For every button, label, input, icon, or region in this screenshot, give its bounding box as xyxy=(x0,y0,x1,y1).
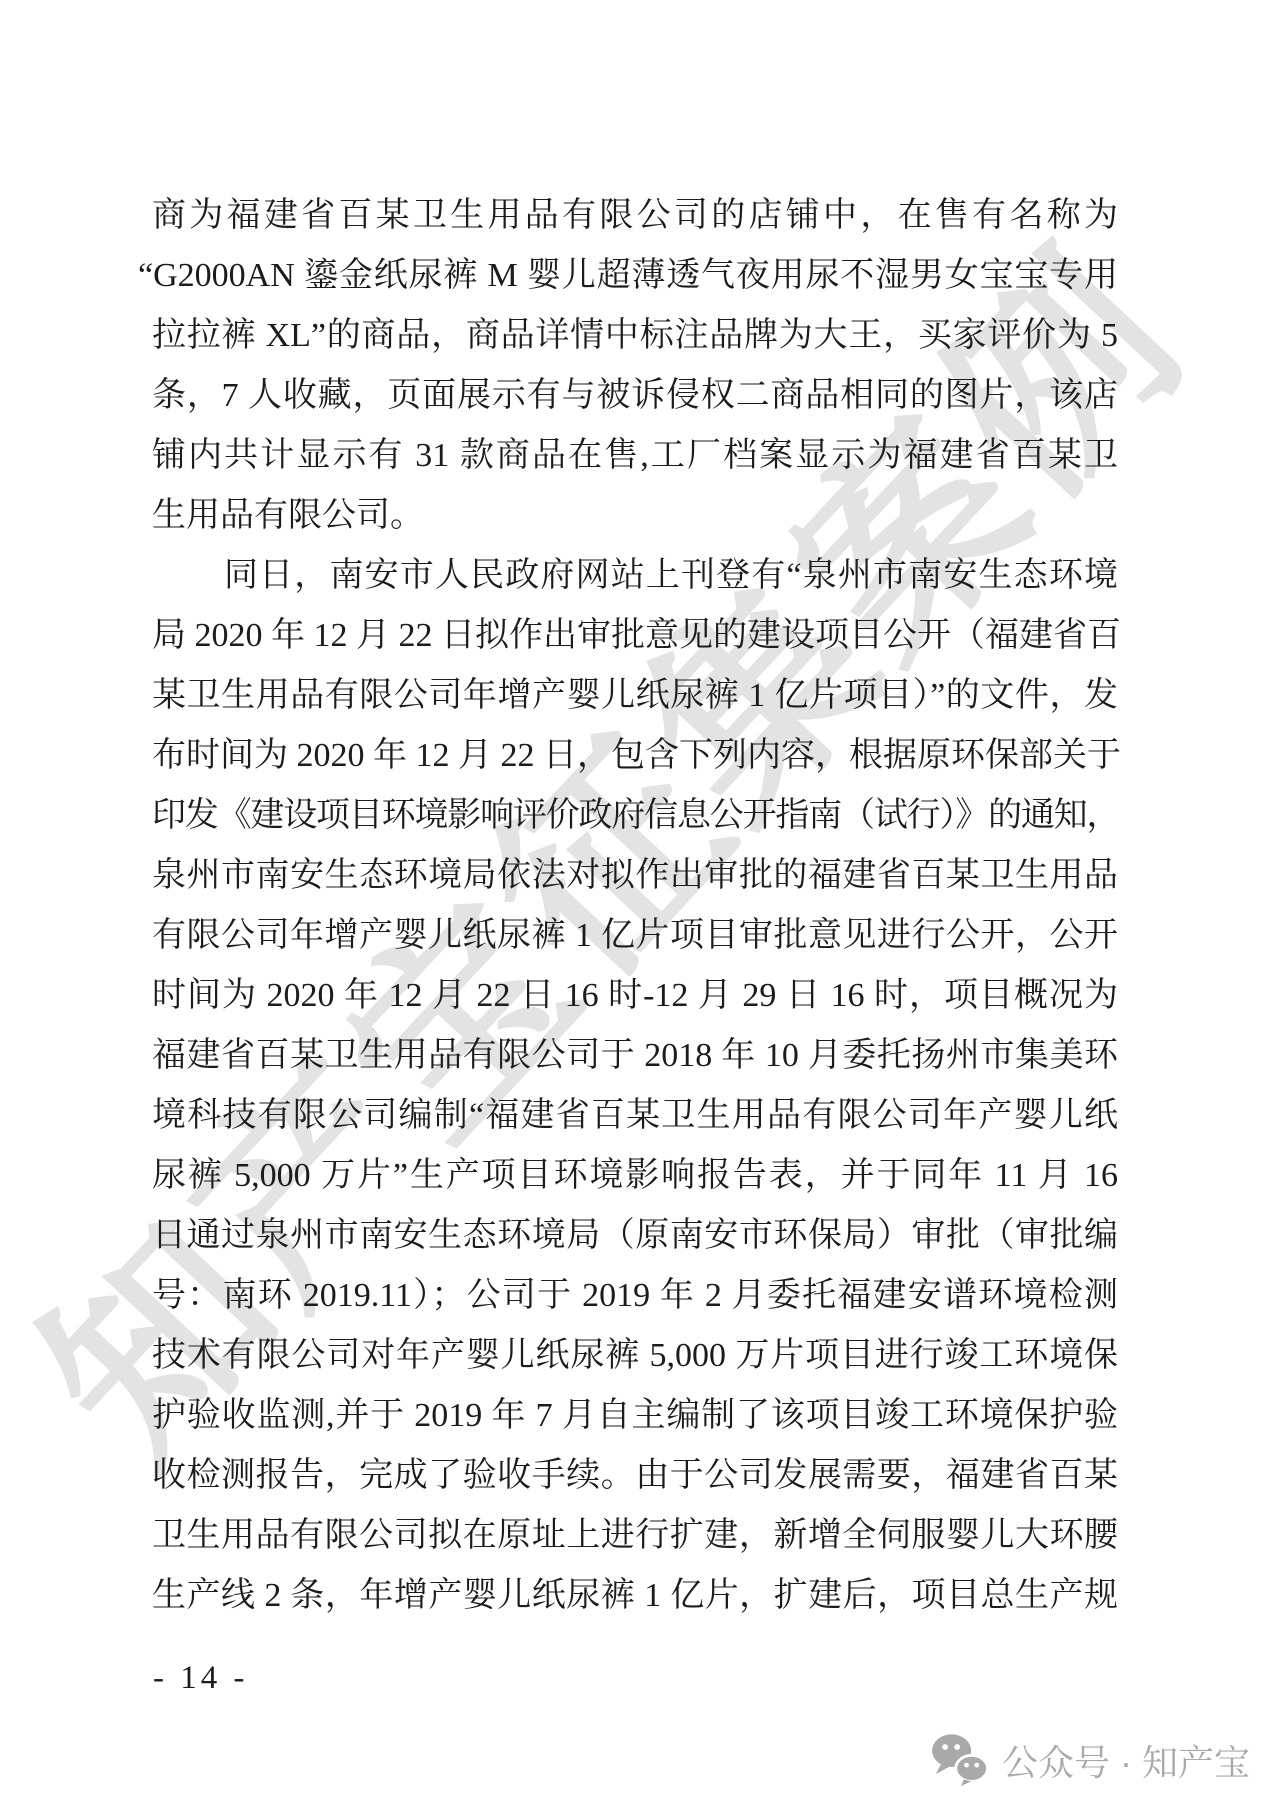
text-line: 拉拉裤 XL”的商品，商品详情中标注品牌为大王，买家评价为 5 xyxy=(152,306,1118,366)
text-line: 卫生用品有限公司拟在原址上进行扩建，新增全伺服婴儿大环腰 xyxy=(152,1506,1118,1566)
text-line: 收检测报告，完成了验收手续。由于公司发展需要，福建省百某 xyxy=(152,1446,1118,1506)
text-line: 号：南环 2019.11）；公司于 2019 年 2 月委托福建安谱环境检测 xyxy=(152,1266,1118,1326)
text-line: 日通过泉州市南安生态环境局（原南安市环保局）审批（审批编 xyxy=(152,1206,1118,1266)
text-line: 同日，南安市人民政府网站上刊登有“泉州市南安生态环境 xyxy=(152,546,1118,606)
text-line: 时间为 2020 年 12 月 22 日 16 时-12 月 29 日 16 时… xyxy=(152,966,1118,1026)
footer-brand: 公众号 · 知产宝 xyxy=(930,1733,1250,1787)
document-page: 知产宝征集案例 商为福建省百某卫生用品有限公司的店铺中，在售有名称为 “G200… xyxy=(0,0,1280,1810)
text-line: 印发《建设项目环境影响评价政府信息公开指南（试行）》的通知， xyxy=(152,786,1118,846)
text-line: 铺内共计显示有 31 款商品在售,工厂档案显示为福建省百某卫 xyxy=(152,426,1118,486)
text-line: 境科技有限公司编制“福建省百某卫生用品有限公司年产婴儿纸 xyxy=(152,1086,1118,1146)
text-line: 尿裤 5,000 万片”生产项目环境影响报告表，并于同年 11 月 16 xyxy=(152,1146,1118,1206)
text-line: 局 2020 年 12 月 22 日拟作出审批意见的建设项目公开（福建省百 xyxy=(152,606,1118,666)
text-line: 技术有限公司对年产婴儿纸尿裤 5,000 万片项目进行竣工环境保 xyxy=(152,1326,1118,1386)
text-line: 泉州市南安生态环境局依法对拟作出审批的福建省百某卫生用品 xyxy=(152,846,1118,906)
judgment-text-body: 商为福建省百某卫生用品有限公司的店铺中，在售有名称为 “G2000AN 鎏金纸尿… xyxy=(152,186,1118,1626)
text-line: 有限公司年增产婴儿纸尿裤 1 亿片项目审批意见进行公开，公开 xyxy=(152,906,1118,966)
footer-brand-label: 公众号 · 知产宝 xyxy=(1002,1735,1250,1786)
text-line: 条，7 人收藏，页面展示有与被诉侵权二商品相同的图片，该店 xyxy=(152,366,1118,426)
text-line: 生产线 2 条，年增产婴儿纸尿裤 1 亿片，扩建后，项目总生产规 xyxy=(152,1566,1118,1626)
text-line: 某卫生用品有限公司年增产婴儿纸尿裤 1 亿片项目）”的文件，发 xyxy=(152,666,1118,726)
text-line: “G2000AN 鎏金纸尿裤 M 婴儿超薄透气夜用尿不湿男女宝宝专用 xyxy=(152,246,1118,306)
text-line: 商为福建省百某卫生用品有限公司的店铺中，在售有名称为 xyxy=(152,186,1118,246)
text-line: 福建省百某卫生用品有限公司于 2018 年 10 月委托扬州市集美环 xyxy=(152,1026,1118,1086)
text-line: 护验收监测,并于 2019 年 7 月自主编制了该项目竣工环境保护验 xyxy=(152,1386,1118,1446)
text-line: 布时间为 2020 年 12 月 22 日，包含下列内容，根据原环保部关于 xyxy=(152,726,1118,786)
text-line: 生用品有限公司。 xyxy=(152,486,1118,546)
wechat-icon xyxy=(930,1733,990,1787)
page-number: - 14 - xyxy=(153,1660,248,1697)
